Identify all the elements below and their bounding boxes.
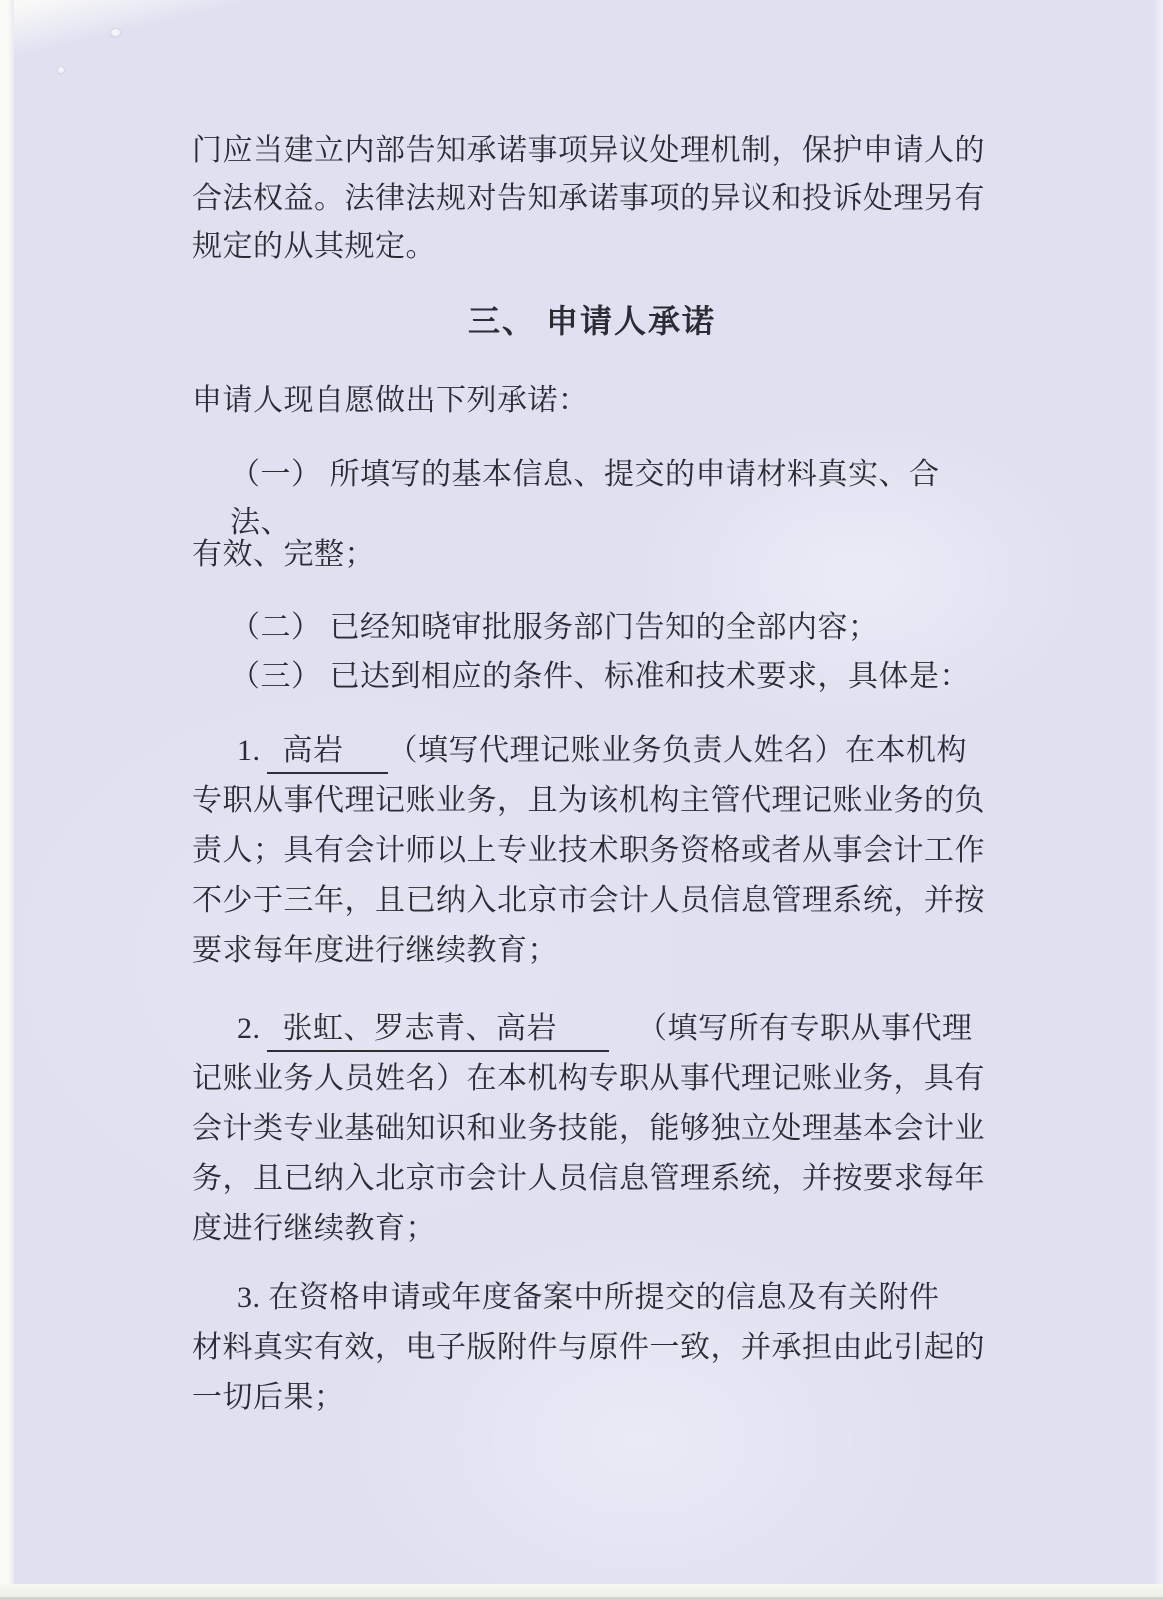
paragraph-line: 门应当建立内部告知承诺事项异议处理机制，保护申请人的 [192, 127, 992, 175]
sub-item-1: 1.高岩（填写代理记账业务负责人姓名）在本机构 专职从事代理记账业务，且为该机构… [192, 726, 992, 976]
sub-item-1-after-name: （填写代理记账业务负责人姓名）在本机构 [388, 734, 968, 767]
scan-edge-left [0, 0, 14, 1600]
scan-edge-right [1153, 0, 1163, 1600]
pledge-intro-line: 申请人现自愿做出下列承诺： [192, 377, 992, 425]
filled-name-blank: 高岩 [267, 732, 388, 774]
paragraph-line: 规定的从其规定。 [192, 223, 992, 271]
sub-item-3-line-1: 3. 在资格申请或年度备案中所提交的信息及有关附件 [192, 1273, 992, 1323]
commitment-item-2: （二） 已经知晓审批服务部门告知的全部内容； [192, 604, 992, 652]
sub-item-1-line: 责人；具有会计师以上专业技术职务资格或者从事会计工作 [192, 826, 992, 876]
sub-item-2-line-1: 2.张虹、罗志青、高岩（填写所有专职从事代理 [192, 1004, 992, 1054]
sub-item-2-number: 2. [237, 1012, 261, 1045]
sub-item-3-line: 一切后果； [192, 1373, 992, 1423]
sub-item-1-line: 不少于三年，且已纳入北京市会计人员信息管理系统，并按 [192, 876, 992, 926]
continuation-paragraph: 门应当建立内部告知承诺事项异议处理机制，保护申请人的 合法权益。法律法规对告知承… [192, 127, 992, 271]
sub-item-3-line: 材料真实有效，电子版附件与原件一致，并承担由此引起的 [192, 1323, 992, 1373]
sub-item-2-line: 务，且已纳入北京市会计人员信息管理系统，并按要求每年 [192, 1154, 992, 1204]
sub-item-2: 2.张虹、罗志青、高岩（填写所有专职从事代理 记账业务人员姓名）在本机构专职从事… [192, 1004, 992, 1254]
scanned-document-page: 门应当建立内部告知承诺事项异议处理机制，保护申请人的 合法权益。法律法规对告知承… [0, 0, 1163, 1600]
commitment-item-1-line-2: 有效、完整； [192, 531, 992, 579]
scan-corner-highlight [0, 0, 270, 64]
scan-dust-speck [58, 67, 64, 73]
sub-item-3: 3. 在资格申请或年度备案中所提交的信息及有关附件 材料真实有效，电子版附件与原… [192, 1273, 992, 1423]
sub-item-1-line: 要求每年度进行继续教育； [192, 926, 992, 976]
sub-item-1-number: 1. [237, 734, 261, 767]
sub-item-2-line: 记账业务人员姓名）在本机构专职从事代理记账业务，具有 [192, 1054, 992, 1104]
paragraph-line: 合法权益。法律法规对告知承诺事项的异议和投诉处理另有 [192, 175, 992, 223]
commitment-item-3: （三） 已达到相应的条件、标准和技术要求，具体是： [192, 653, 992, 701]
sub-item-2-line: 会计类专业基础知识和业务技能，能够独立处理基本会计业 [192, 1104, 992, 1154]
section-heading: 三、 申请人承诺 [192, 297, 992, 345]
sub-item-2-after-names: （填写所有专职从事代理 [637, 1012, 973, 1045]
scan-edge-bottom [0, 1584, 1163, 1600]
sub-item-1-line-1: 1.高岩（填写代理记账业务负责人姓名）在本机构 [192, 726, 992, 776]
scan-dust-speck [111, 29, 120, 36]
filled-names-blank: 张虹、罗志青、高岩 [267, 1010, 610, 1052]
sub-item-2-line: 度进行继续教育； [192, 1204, 992, 1254]
sub-item-1-line: 专职从事代理记账业务，且为该机构主管代理记账业务的负 [192, 776, 992, 826]
